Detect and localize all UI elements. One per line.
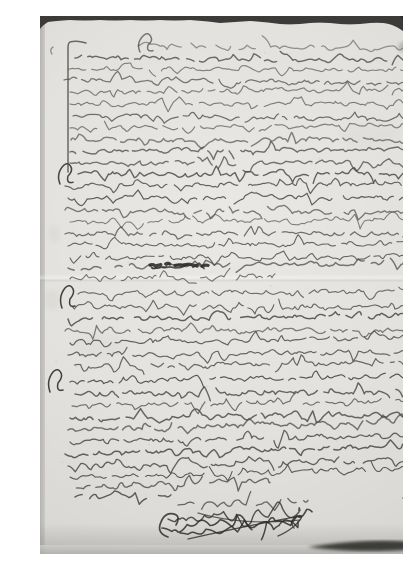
torn-edge-layer xyxy=(40,16,403,551)
manuscript-scan xyxy=(40,16,403,554)
handwriting-layer xyxy=(40,16,403,554)
stain-layer xyxy=(45,49,403,543)
ink-layer xyxy=(49,34,403,505)
